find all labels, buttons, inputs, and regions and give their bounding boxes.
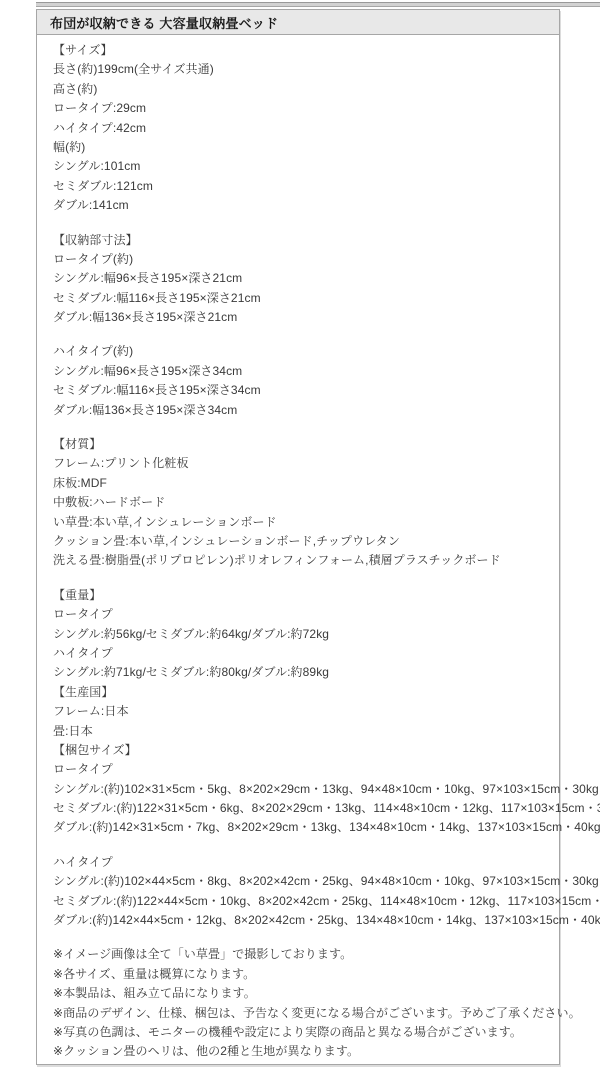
page: { "colors": { "header_bg": "#e8e8e8", "p… xyxy=(0,0,600,1080)
spec-line: 幅(約) xyxy=(53,138,543,157)
spec-line: ※本製品は、組み立て品になります。 xyxy=(53,984,543,1003)
spec-line: シングル:幅96×長さ195×深さ21cm xyxy=(53,269,543,288)
spec-section-storage-high: ハイタイプ(約)シングル:幅96×長さ195×深さ34cmセミダブル:幅116×… xyxy=(53,342,543,420)
spec-line: 中敷板:ハードボード xyxy=(53,493,543,512)
spec-line: 【重量】 xyxy=(53,586,543,605)
spec-line: シングル:(約)102×44×5cm・8kg、8×202×42cm・25kg、9… xyxy=(53,872,543,891)
spec-line: ダブル:(約)142×44×5cm・12kg、8×202×42cm・25kg、1… xyxy=(53,911,543,930)
spec-line: 【サイズ】 xyxy=(53,41,543,60)
spec-line: い草畳:本い草,インシュレーションボード xyxy=(53,513,543,532)
spec-line: 【梱包サイズ】 xyxy=(53,741,543,760)
spec-line: 長さ(約)199cm(全サイズ共通) xyxy=(53,60,543,79)
spec-line: ロータイプ xyxy=(53,760,543,779)
spec-line: クッション畳:本い草,インシュレーションボード,チップウレタン xyxy=(53,532,543,551)
spec-section-weight-country-packing: 【重量】ロータイプシングル:約56kg/セミダブル:約64kg/ダブル:約72k… xyxy=(53,586,543,838)
spec-line: 床板:MDF xyxy=(53,474,543,493)
spec-line: シングル:101cm xyxy=(53,157,543,176)
spec-line: 【収納部寸法】 xyxy=(53,231,543,250)
spec-line: 高さ(約) xyxy=(53,80,543,99)
panel-title: 布団が収納できる 大容量収納畳ベッド xyxy=(50,13,278,32)
spec-line: ※クッション畳のヘリは、他の2種と生地が異なります。 xyxy=(53,1042,543,1061)
spec-line: 【生産国】 xyxy=(53,683,543,702)
spec-line: 【材質】 xyxy=(53,435,543,454)
spec-line: ※商品のデザイン、仕様、梱包は、予告なく変更になる場合がございます。予めご了承く… xyxy=(53,1004,543,1023)
spec-line: セミダブル:(約)122×31×5cm・6kg、8×202×29cm・13kg、… xyxy=(53,799,543,818)
spec-line: フレーム:日本 xyxy=(53,702,543,721)
spec-line: ダブル:(約)142×31×5cm・7kg、8×202×29cm・13kg、13… xyxy=(53,818,543,837)
spec-line: ダブル:幅136×長さ195×深さ21cm xyxy=(53,308,543,327)
spec-line: 畳:日本 xyxy=(53,722,543,741)
spec-line: ※イメージ画像は全て「い草畳」で撮影しております。 xyxy=(53,945,543,964)
spec-line: セミダブル:121cm xyxy=(53,177,543,196)
spec-line: ロータイプ(約) xyxy=(53,250,543,269)
spec-line: セミダブル:幅116×長さ195×深さ21cm xyxy=(53,289,543,308)
spec-line: ハイタイプ xyxy=(53,853,543,872)
spec-section-size: 【サイズ】長さ(約)199cm(全サイズ共通)高さ(約)ロータイプ:29cmハイ… xyxy=(53,41,543,216)
spec-line: ハイタイプ xyxy=(53,644,543,663)
spec-line: ロータイプ xyxy=(53,605,543,624)
spec-line: ハイタイプ(約) xyxy=(53,342,543,361)
spec-line: フレーム:プリント化粧板 xyxy=(53,454,543,473)
spec-line: ハイタイプ:42cm xyxy=(53,119,543,138)
spec-line: ダブル:幅136×長さ195×深さ34cm xyxy=(53,401,543,420)
panel-header: 布団が収納できる 大容量収納畳ベッド xyxy=(37,10,559,35)
spec-line: シングル:(約)102×31×5cm・5kg、8×202×29cm・13kg、9… xyxy=(53,780,543,799)
spec-line: ※各サイズ、重量は概算になります。 xyxy=(53,965,543,984)
spec-line: セミダブル:(約)122×44×5cm・10kg、8×202×42cm・25kg… xyxy=(53,892,543,911)
spec-line: 洗える畳:樹脂畳(ポリプロピレン)ポリオレフィンフォーム,積層プラスチックボード xyxy=(53,551,543,570)
spec-line: シングル:約71kg/セミダブル:約80kg/ダブル:約89kg xyxy=(53,663,543,682)
spec-line: ロータイプ:29cm xyxy=(53,99,543,118)
spec-section-footnotes: ※イメージ画像は全て「い草畳」で撮影しております。※各サイズ、重量は概算になりま… xyxy=(53,945,543,1061)
top-divider-rule xyxy=(36,2,600,7)
spec-line: ※写真の色調は、モニターの機種や設定により実際の商品と異なる場合がございます。 xyxy=(53,1023,543,1042)
spec-panel: 布団が収納できる 大容量収納畳ベッド 【サイズ】長さ(約)199cm(全サイズ共… xyxy=(36,9,560,1065)
spec-section-material: 【材質】フレーム:プリント化粧板床板:MDF中敷板:ハードボードい草畳:本い草,… xyxy=(53,435,543,571)
spec-line: セミダブル:幅116×長さ195×深さ34cm xyxy=(53,381,543,400)
spec-line: シングル:約56kg/セミダブル:約64kg/ダブル:約72kg xyxy=(53,625,543,644)
spec-line: ダブル:141cm xyxy=(53,196,543,215)
spec-line: シングル:幅96×長さ195×深さ34cm xyxy=(53,362,543,381)
spec-section-storage-low: 【収納部寸法】ロータイプ(約)シングル:幅96×長さ195×深さ21cmセミダブ… xyxy=(53,231,543,328)
panel-body: 【サイズ】長さ(約)199cm(全サイズ共通)高さ(約)ロータイプ:29cmハイ… xyxy=(37,35,559,1062)
spec-section-packing-high: ハイタイプシングル:(約)102×44×5cm・8kg、8×202×42cm・2… xyxy=(53,853,543,931)
